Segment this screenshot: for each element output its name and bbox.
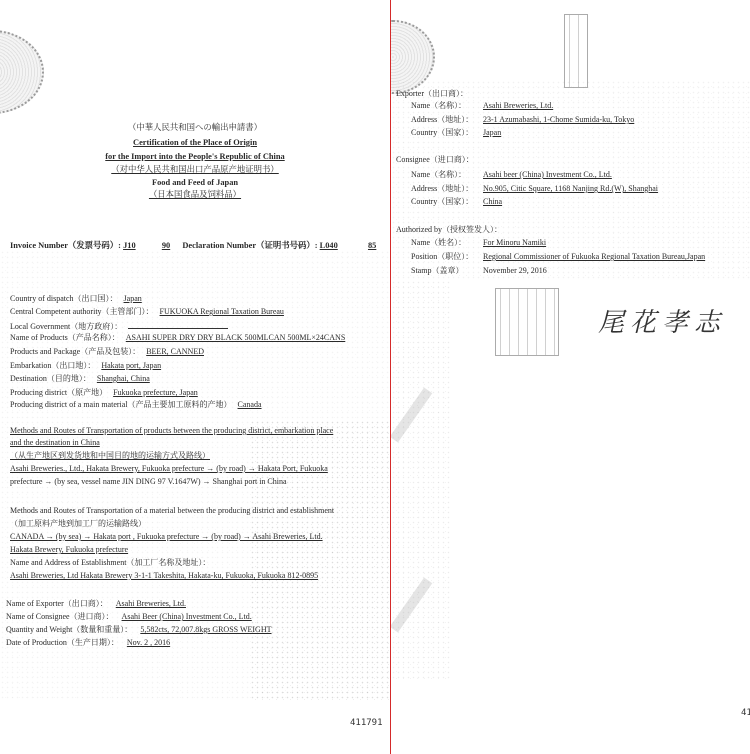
field-row: Producing district（原产地）Fukuoka prefectur… xyxy=(10,388,198,398)
field-value: Canada xyxy=(238,400,262,409)
field-row: Local Government（地方政府）： xyxy=(10,320,228,332)
establishment-value: Asahi Breweries, Ltd Hakata Brewery 3-1-… xyxy=(10,571,318,581)
establishment-label: Name and Address of Establishment（加工厂名称及… xyxy=(10,558,210,568)
issue-date: November 29, 2016 xyxy=(483,266,547,275)
shipment-label: Name of Consignee（进口商）： xyxy=(6,612,114,621)
field-value: FUKUOKA Regional Taxation Bureau xyxy=(160,307,284,316)
consignee-country: China xyxy=(483,197,502,206)
field-label: Local Government（地方政府）： xyxy=(10,322,122,331)
scan-noise xyxy=(250,420,390,700)
consignee-name-label: Name（名称）： xyxy=(411,170,483,180)
shipment-value: Nov. 2 , 2016 xyxy=(127,638,170,647)
field-row: Destination（目的地）：Shanghai, China xyxy=(10,374,150,384)
vertical-stamp-top xyxy=(564,14,588,88)
authorized-position: Regional Commissioner of Fukuoka Regiona… xyxy=(483,252,705,261)
consignee-heading: Consignee（进口商）： xyxy=(396,155,474,165)
shipment-value: 5,582cts, 72,007.8kgs GROSS WEIGHT xyxy=(140,625,271,634)
field-label: Central Competent authority（主管部门）： xyxy=(10,307,154,316)
routes-products-heading-cn: （从生产地区到发货地和中国目的地的运输方式及路线） xyxy=(10,451,210,461)
field-label: Products and Package（产品及包装）： xyxy=(10,347,140,356)
round-seal-watermark xyxy=(0,30,44,114)
watermark-stripe xyxy=(391,388,432,443)
declaration-value-b: 85 xyxy=(368,241,376,250)
invoice-number-row: Invoice Number（发票号码）: J10 90 Declaration… xyxy=(10,241,376,251)
title-english-2: for the Import into the People's Republi… xyxy=(0,152,390,162)
field-value: BEER, CANNED xyxy=(146,347,204,356)
official-square-stamp xyxy=(495,288,559,356)
page-number-left: 411791 xyxy=(350,718,383,728)
field-row: Producing district of a main material（产品… xyxy=(10,400,262,410)
stamp-row: Stamp（盖章）November 29, 2016 xyxy=(411,266,547,276)
title-japanese: （中華人民共和国への輸出申請書） xyxy=(0,123,390,133)
handwritten-signature: 尾花孝志 xyxy=(598,302,726,339)
field-label: Embarkation（出口地）： xyxy=(10,361,95,370)
authorized-heading: Authorized by（授权签发人）： xyxy=(396,225,502,235)
shipment-value: Asahi Breweries, Ltd. xyxy=(116,599,186,608)
shipment-row: Name of Exporter（出口商）：Asahi Breweries, L… xyxy=(6,599,186,609)
authorized-name-label: Name（姓名）： xyxy=(411,238,483,248)
authorized-name-row: Name（姓名）：For Minoru Namiki xyxy=(411,238,546,248)
consignee-address-label: Address（地址）： xyxy=(411,184,483,194)
exporter-address: 23-1 Azumabashi, 1-Chome Sumida-ku, Toky… xyxy=(483,115,634,124)
shipment-row: Date of Production（生产日期）：Nov. 2 , 2016 xyxy=(6,638,170,648)
shipment-label: Quantity and Weight（数量和重量）： xyxy=(6,625,132,634)
routes-material-heading: Methods and Routes of Transportation of … xyxy=(10,506,334,516)
shipment-value: Asahi Beer (China) Investment Co., Ltd. xyxy=(122,612,252,621)
consignee-address-row: Address（地址）：No.905, Citic Square, 1168 N… xyxy=(411,184,658,194)
field-label: Producing district（原产地） xyxy=(10,388,107,397)
authorized-position-row: Position（职位）：Regional Commissioner of Fu… xyxy=(411,252,705,262)
certificate-page-right: Exporter（出口商）： Name（名称）：Asahi Breweries,… xyxy=(391,0,750,754)
field-value: Fukuoka prefecture, Japan xyxy=(113,388,198,397)
routes-material-text-2: Hakata Brewery, Fukuoka prefecture xyxy=(10,545,128,555)
field-value: Shanghai, China xyxy=(97,374,150,383)
field-label: Country of dispatch（出口国）： xyxy=(10,294,118,303)
invoice-value-b: 90 xyxy=(162,241,170,250)
declaration-value-a: L040 xyxy=(320,241,338,250)
field-value: Hakata port, Japan xyxy=(101,361,161,370)
subtitle-english: Food and Feed of Japan xyxy=(0,178,390,188)
invoice-label: Invoice Number（发票号码）: xyxy=(10,241,121,250)
page-number-right: 41 xyxy=(741,708,750,718)
exporter-country: Japan xyxy=(483,128,501,137)
title-chinese: （对中华人民共和国出口产品原产地证明书） xyxy=(0,165,390,175)
routes-material-text-1: CANADA → (by sea) → Hakata port , Fukuok… xyxy=(10,532,323,542)
field-label: Destination（目的地）： xyxy=(10,374,91,383)
exporter-country-row: Country（国家）：Japan xyxy=(411,128,501,138)
shipment-row: Name of Consignee（进口商）：Asahi Beer (China… xyxy=(6,612,252,622)
shipment-label: Date of Production（生产日期）： xyxy=(6,638,119,647)
field-label: Producing district of a main material（产品… xyxy=(10,400,232,409)
field-row: Embarkation（出口地）：Hakata port, Japan xyxy=(10,361,161,371)
authorized-position-label: Position（职位）： xyxy=(411,252,483,262)
exporter-name-row: Name（名称）：Asahi Breweries, Ltd. xyxy=(411,101,553,111)
consignee-name-row: Name（名称）：Asahi beer (China) Investment C… xyxy=(411,170,612,180)
field-row: Name of Products（产品名称）：ASAHI SUPER DRY D… xyxy=(10,333,345,343)
routes-material-heading-cn: （加工原料产地到加工厂的运输路线） xyxy=(10,519,146,529)
field-value xyxy=(128,320,228,329)
authorized-name: For Minoru Namiki xyxy=(483,238,546,247)
round-seal-watermark xyxy=(391,20,435,94)
exporter-address-row: Address（地址）：23-1 Azumabashi, 1-Chome Sum… xyxy=(411,115,634,125)
exporter-heading: Exporter（出口商）： xyxy=(396,89,468,99)
invoice-value-a: J10 xyxy=(123,241,136,250)
watermark-stripe xyxy=(391,578,432,633)
routes-products-heading-1: Methods and Routes of Transportation of … xyxy=(10,426,333,436)
field-row: Central Competent authority（主管部门）：FUKUOK… xyxy=(10,307,284,317)
field-row: Country of dispatch（出口国）：Japan xyxy=(10,294,142,304)
declaration-label: Declaration Number（证明书号码）: xyxy=(182,241,317,250)
routes-products-text-2: prefecture → (by sea, vessel name JIN DI… xyxy=(10,477,287,487)
exporter-country-label: Country（国家）： xyxy=(411,128,483,138)
stamp-label: Stamp（盖章） xyxy=(411,266,483,276)
consignee-name: Asahi beer (China) Investment Co., Ltd. xyxy=(483,170,612,179)
certificate-page-left: （中華人民共和国への輸出申請書） Certification of the Pl… xyxy=(0,0,390,754)
exporter-address-label: Address（地址）： xyxy=(411,115,483,125)
title-english-1: Certification of the Place of Origin xyxy=(0,138,390,148)
consignee-address: No.905, Citic Square, 1168 Nanjing Rd.(W… xyxy=(483,184,658,193)
routes-products-heading-2: and the destination in China xyxy=(10,438,100,448)
routes-products-text-1: Asahi Breweries., Ltd., Hakata Brewery, … xyxy=(10,464,328,474)
shipment-row: Quantity and Weight（数量和重量）：5,582cts, 72,… xyxy=(6,625,272,635)
exporter-name-label: Name（名称）： xyxy=(411,101,483,111)
exporter-name: Asahi Breweries, Ltd. xyxy=(483,101,553,110)
consignee-country-label: Country（国家）： xyxy=(411,197,483,207)
subtitle-chinese: （日本国食品及饲料品） xyxy=(0,190,390,200)
consignee-country-row: Country（国家）：China xyxy=(411,197,502,207)
field-label: Name of Products（产品名称）： xyxy=(10,333,120,342)
field-row: Products and Package（产品及包装）：BEER, CANNED xyxy=(10,347,204,357)
field-value: Japan xyxy=(124,294,142,303)
field-value: ASAHI SUPER DRY DRY BLACK 500MLCAN 500ML… xyxy=(126,333,346,342)
shipment-label: Name of Exporter（出口商）： xyxy=(6,599,108,608)
